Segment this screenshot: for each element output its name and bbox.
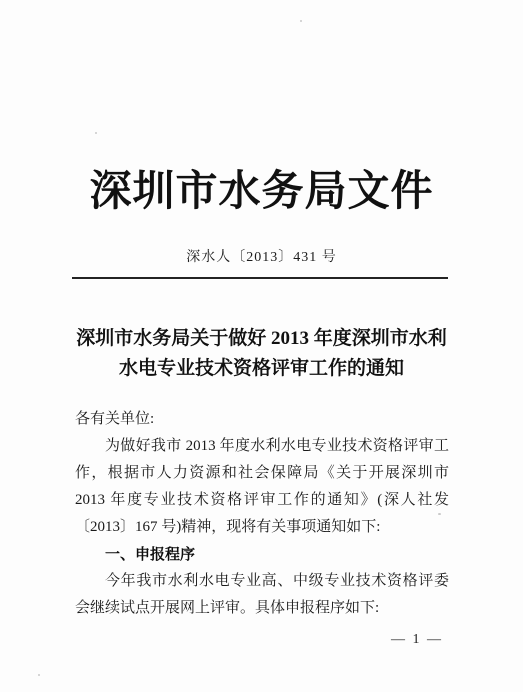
header-separator-line	[72, 277, 448, 279]
paragraph-2: 今年我市水利水电专业高、中级专业技术资格评委会继续试点开展网上评审。具体申报程序…	[75, 568, 449, 622]
document-page: 深圳市水务局文件 深水人〔2013〕431 号 深圳市水务局关于做好 2013 …	[0, 0, 523, 692]
scan-speck	[38, 674, 40, 676]
org-header: 深圳市水务局文件	[0, 158, 523, 218]
doc-number: 深水人〔2013〕431 号	[0, 246, 523, 266]
section-heading-1: 一、申报程序	[75, 541, 449, 568]
document-title: 深圳市水务局关于做好 2013 年度深圳市水利 水电专业技术资格评审工作的通知	[0, 324, 523, 384]
paragraph-1: 为做好我市 2013 年度水利水电专业技术资格评审工作，根据市人力资源和社会保障…	[75, 433, 449, 541]
scan-speck	[300, 20, 302, 22]
salutation: 各有关单位:	[75, 406, 449, 433]
document-title-line2: 水电专业技术资格评审工作的通知	[0, 354, 523, 384]
scan-speck	[438, 513, 441, 515]
scan-speck	[95, 132, 97, 134]
page-number: — 1 —	[391, 632, 443, 648]
document-title-line1: 深圳市水务局关于做好 2013 年度深圳市水利	[0, 324, 523, 354]
document-body: 各有关单位: 为做好我市 2013 年度水利水电专业技术资格评审工作，根据市人力…	[75, 406, 449, 622]
